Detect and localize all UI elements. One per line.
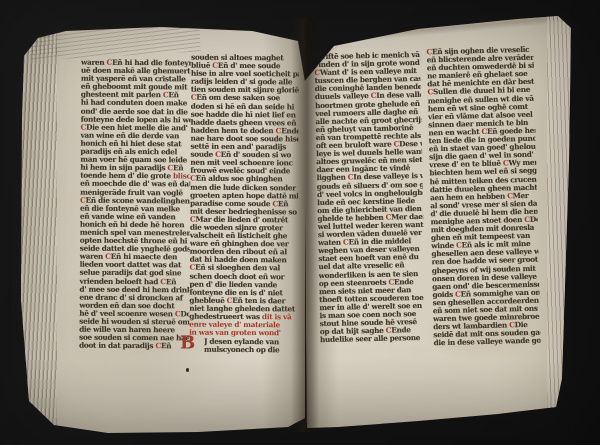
left-page-bottom-shading [22,360,305,433]
right-page-column-1: scriftē soe heb ic menich vāvinden d' in… [314,51,426,345]
right-page-top-edge [302,0,568,46]
rubric-mark: dit is vā [262,313,292,322]
manuscript-line: in was van groten wond' [189,329,297,338]
rubric-mark: in was van groten wond' [189,329,281,338]
book-gutter-shadow [291,18,319,432]
manuscript-line: mulscyonech op die [204,346,297,355]
left-page-column-2: souden si altoes maghetbliuē CEñ d' mee … [189,54,299,355]
left-page-top-edge [29,22,200,61]
ink-speck [186,368,189,372]
right-fore-edge-page-stack [547,14,572,414]
lombard-initial: B [180,336,195,352]
manuscript-photo: waren CEñ hi had die fonteynēuē doen mak… [0,0,600,445]
rubric-mark: bliscap [173,172,190,181]
right-page-column-2: CEñ sijn oghen die vreselīceñ blicsteren… [426,46,540,348]
manuscript-line: doot in dat paradijs CEñ [79,342,189,351]
chapter-initial-block: BJ desen eylande vanmulscyonech op die [189,338,297,355]
left-page-column-1: waren CEñ hi had die fonteynēuē doen mak… [79,59,191,351]
manuscript-line: hudelike seer alle persone [320,334,426,344]
right-page-bottom-shading [306,360,566,428]
